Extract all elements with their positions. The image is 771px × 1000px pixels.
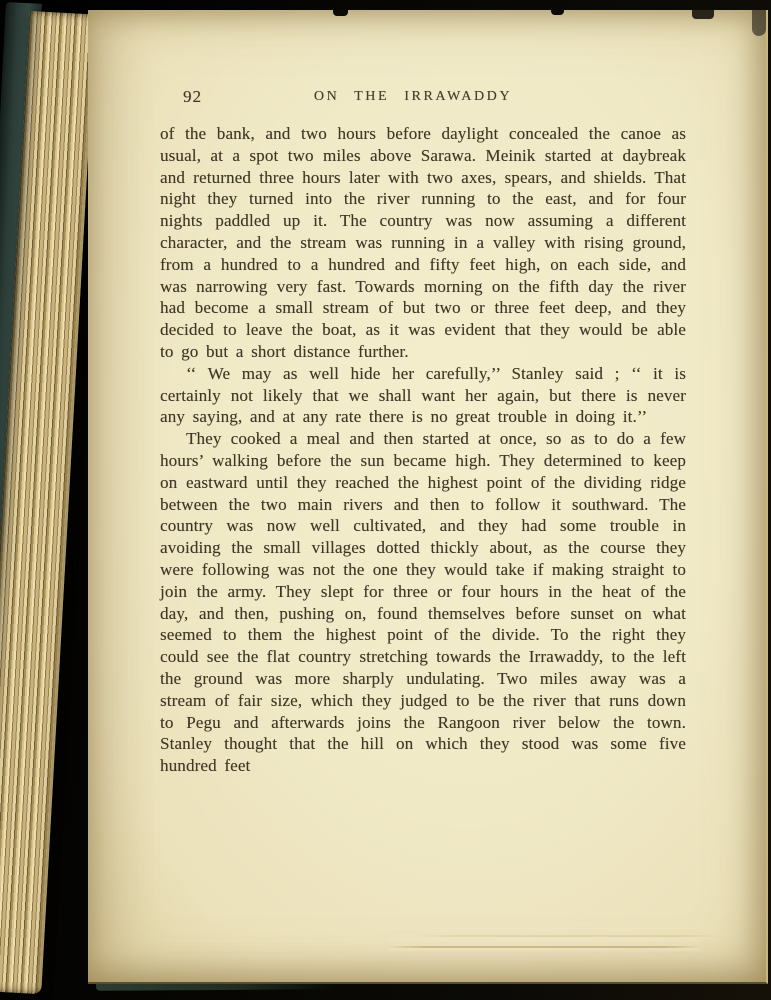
paragraph: They cooked a meal and then started at o… — [160, 428, 686, 777]
paper-crease — [388, 946, 700, 948]
page-header: 92 ON THE IRRAWADDY — [88, 86, 766, 110]
running-header: ON THE IRRAWADDY — [74, 89, 752, 105]
book-scan: 92 ON THE IRRAWADDY of the bank, and two… — [0, 0, 771, 1000]
book-page: 92 ON THE IRRAWADDY of the bank, and two… — [88, 10, 768, 984]
page-text: of the bank, and two hours before daylig… — [160, 123, 686, 777]
page-edge-notch — [752, 10, 766, 36]
page-edge-notch — [692, 10, 714, 19]
page-edge-notch — [551, 10, 564, 15]
page-edge-notch — [333, 10, 348, 16]
paper-crease — [418, 935, 718, 937]
paragraph: ‘‘ We may as well hide her carefully,’’ … — [160, 363, 686, 428]
paragraph: of the bank, and two hours before daylig… — [160, 123, 686, 363]
